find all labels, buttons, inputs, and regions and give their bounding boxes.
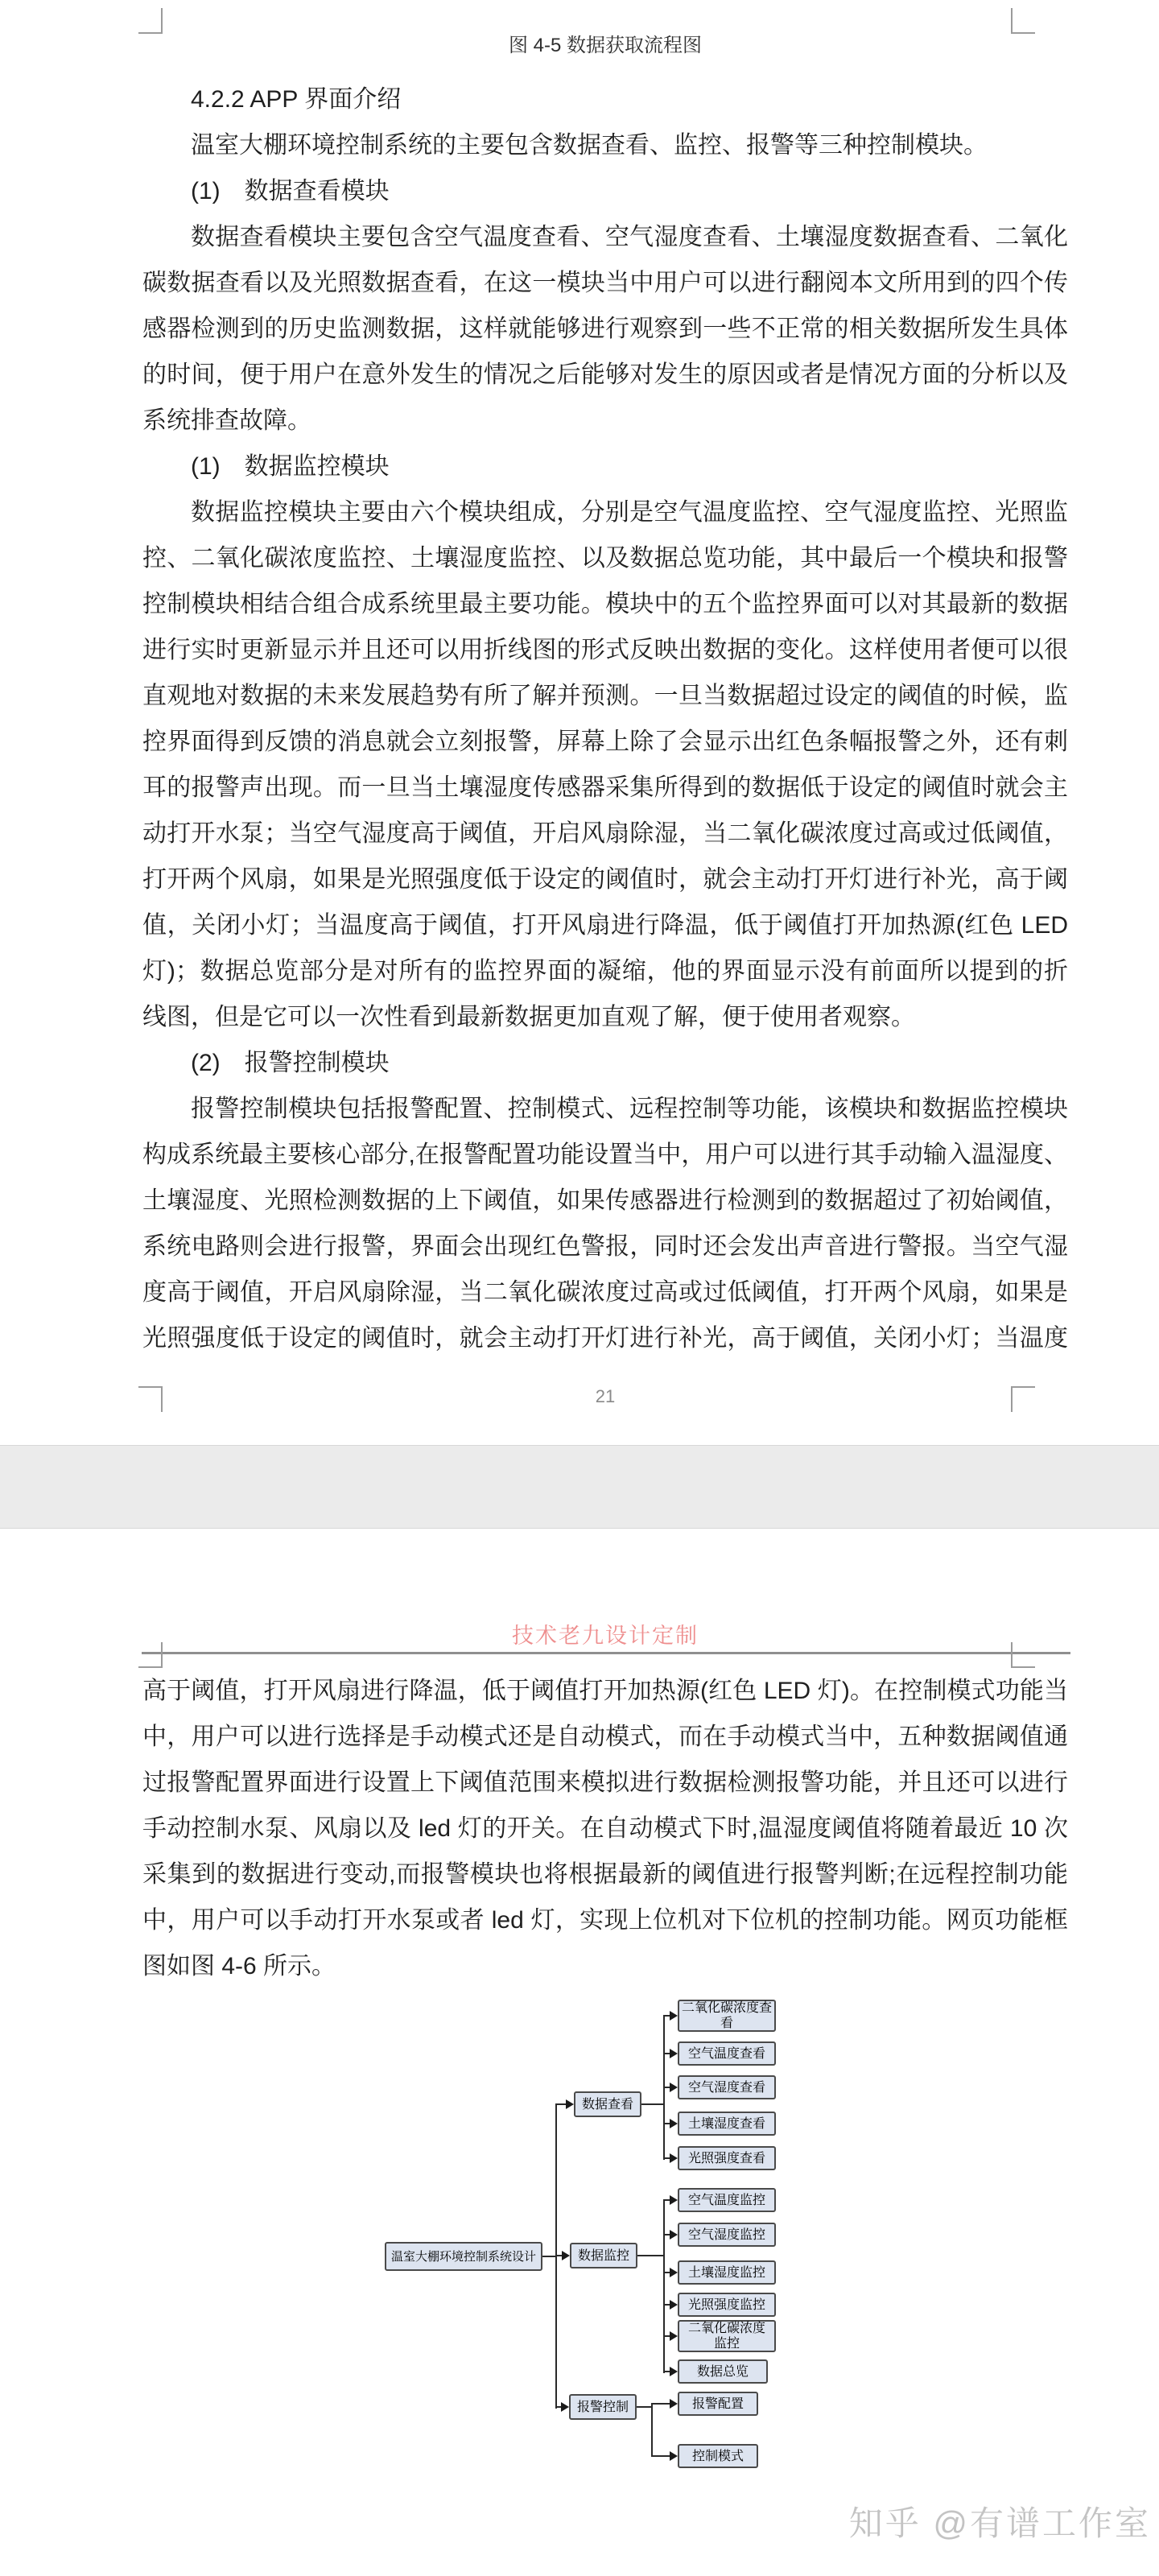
text-line: 采集到的数据进行变动,而报警模块也将根据最新的阈值进行报警判断;在远程控制功能 [142,1851,1068,1897]
arrowhead-icon [670,2153,678,2163]
connector-line [641,2103,665,2105]
text-line: 中，用户可以进行选择是手动模式还是自动模式，而在手动模式当中，五种数据阈值通 [142,1714,1068,1760]
page1-body: 4.2.2 APP 界面介绍 温室大棚环境控制系统的主要包含数据查看、监控、报警… [142,76,1068,1361]
figure-node-alarm-control: 报警控制 [569,2394,637,2420]
figure-node-data-overview: 数据总览 [678,2359,768,2384]
connector-line [637,2255,665,2256]
figure-4-6-diagram: 温室大棚环境控制系统设计 数据查看 数据监控 报警控制 二氧化碳浓度查 看 空气… [362,1988,813,2486]
header-rule [142,1652,1070,1654]
figure-node-air-humidity-view: 空气湿度查看 [678,2075,776,2099]
arrowhead-icon [670,2399,678,2409]
figure-node-light-monitor: 光照强度监控 [678,2293,776,2317]
text-line: 打开两个风扇，如果是光照强度低于设定的阈值时，就会主动打开灯进行补光，高于阈 [142,857,1068,902]
connector-line [663,2200,665,2373]
figure-node-root: 温室大棚环境控制系统设计 [385,2242,542,2271]
connector-line [555,2103,567,2105]
crop-mark-page2-top-right [1011,1642,1035,1668]
arrowhead-icon [561,2402,569,2412]
arrowhead-icon [670,2230,678,2240]
paragraph-data-monitor: 数据监控模块主要由六个模块组成，分别是空气温度监控、空气湿度监控、光照监控、二氧… [142,489,1068,1040]
text-line: 灯)；数据总览部分是对所有的监控界面的凝缩，他的界面显示没有前面所以提到的折 [142,948,1068,994]
arrowhead-icon [562,2251,570,2260]
text-line: 进行实时更新显示并且还可以用折线图的形式反映出数据的变化。这样使用者便可以很 [142,627,1068,673]
text-line: 耳的报警声出现。而一旦当土壤湿度传感器采集所得到的数据低于设定的阈值时就会主 [142,765,1068,811]
text-line: 高于阈值，打开风扇进行降温，低于阈值打开加热源(红色 LED 灯)。在控制模式功… [142,1668,1068,1714]
subsection-title-data-view: (1) 数据查看模块 [142,168,1068,214]
figure-node-soil-humidity-monitor: 土壤湿度监控 [678,2260,776,2285]
figure-node-co2-view: 二氧化碳浓度查 看 [678,2000,776,2032]
intro-paragraph: 温室大棚环境控制系统的主要包含数据查看、监控、报警等三种控制模块。 [142,122,1068,168]
text-line: 碳数据查看以及光照数据查看，在这一模块当中用户可以进行翻阅本文所用到的四个传 [142,260,1068,306]
text-line: 系统电路则会进行报警，界面会出现红色警报，同时还会发出声音进行警报。当空气湿 [142,1224,1068,1269]
section-heading-4-2-2: 4.2.2 APP 界面介绍 [142,76,1068,122]
subsection-title-data-monitor: (1) 数据监控模块 [142,444,1068,489]
text-line: 度高于阈值，开启风扇除湿，当二氧化碳浓度过高或过低阈值，打开两个风扇，如果是 [142,1269,1068,1315]
figure-node-alarm-config: 报警配置 [678,2392,758,2416]
text-line: 报警控制模块包括报警配置、控制模式、远程控制等功能，该模块和数据监控模块 [142,1086,1068,1132]
text-line: 中，用户可以手动打开水泵或者 led 灯，实现上位机对下位机的控制功能。网页功能… [142,1897,1068,1943]
zhihu-watermark: 知乎 @有谱工作室 [849,2497,1151,2545]
subsection-title-alarm-control: (2) 报警控制模块 [142,1040,1068,1086]
text-line: 光照强度低于设定的阈值时，就会主动打开灯进行补光，高于阈值，关闭小灯；当温度 [142,1315,1068,1361]
arrowhead-icon [670,2083,678,2092]
paragraph-alarm-control: 报警控制模块包括报警配置、控制模式、远程控制等功能，该模块和数据监控模块构成系统… [142,1086,1068,1361]
paragraph-data-view: 数据查看模块主要包含空气温度查看、空气湿度查看、土壤湿度数据查看、二氧化碳数据查… [142,214,1068,444]
text-line: 过报警配置界面进行设置上下阈值范围来模拟进行数据检测报警功能，并且还可以进行 [142,1760,1068,1806]
arrowhead-icon [670,2011,678,2021]
crop-mark-page2-top-left [138,1642,163,1668]
text-line: 值，关闭小灯；当温度高于阈值，打开风扇进行降温，低于阈值打开加热源(红色 LED [142,902,1068,948]
text-line: 控界面得到反馈的消息就会立刻报警，屏幕上除了会显示出红色条幅报警之外，还有刺 [142,719,1068,765]
arrowhead-icon [670,2367,678,2376]
figure-node-co2-monitor: 二氧化碳浓度 监控 [678,2320,776,2352]
paragraph-control-mode: 高于阈值，打开风扇进行降温，低于阈值打开加热源(红色 LED 灯)。在控制模式功… [142,1668,1068,1989]
arrowhead-icon [566,2099,574,2109]
text-line: 动打开水泵；当空气湿度高于阈值，开启风扇除湿，当二氧化碳浓度过高或过低阈值， [142,811,1068,857]
connector-line [637,2406,653,2408]
arrowhead-icon [670,2451,678,2461]
figure-node-air-temp-view: 空气温度查看 [678,2041,776,2066]
arrowhead-icon [670,2331,678,2341]
document-viewer: 图 4-5 数据获取流程图 4.2.2 APP 界面介绍 温室大棚环境控制系统的… [0,0,1159,2576]
arrowhead-icon [670,2049,678,2058]
figure-node-light-view: 光照强度查看 [678,2146,776,2170]
connector-line [555,2104,557,2409]
connector-line [651,2455,670,2457]
page-separator-band [0,1445,1159,1529]
text-line: 控制模块相结合组合成系统里最主要功能。模块中的五个监控界面可以对其最新的数据 [142,581,1068,627]
page-number: 21 [142,1386,1068,1407]
arrowhead-icon [670,2119,678,2128]
page2-header-watermark-text: 技术老九设计定制 [142,1618,1068,1649]
figure-node-data-monitor: 数据监控 [570,2243,637,2268]
arrowhead-icon [670,2195,678,2205]
arrowhead-icon [670,2268,678,2277]
text-line: 系统排查故障。 [142,398,1068,444]
connector-line [651,2403,670,2405]
text-line: 手动控制水泵、风扇以及 led 灯的开关。在自动模式下时,温湿度阈值将随着最近 … [142,1806,1068,1851]
text-line: 数据监控模块主要由六个模块组成，分别是空气温度监控、空气湿度监控、光照监 [142,489,1068,535]
figure-node-air-temp-monitor: 空气温度监控 [678,2188,776,2212]
figure-node-control-mode: 控制模式 [678,2444,758,2468]
text-line: 的时间，便于用户在意外发生的情况之后能够对发生的原因或者是情况方面的分析以及 [142,352,1068,398]
text-line: 构成系统最主要核心部分,在报警配置功能设置当中，用户可以进行其手动输入温湿度、 [142,1132,1068,1178]
connector-line [651,2403,653,2457]
page2-body: 高于阈值，打开风扇进行降温，低于阈值打开加热源(红色 LED 灯)。在控制模式功… [142,1668,1068,1989]
figure-node-data-view: 数据查看 [574,2091,641,2117]
figure-node-air-humidity-monitor: 空气湿度监控 [678,2223,776,2247]
text-line: 直观地对数据的未来发展趋势有所了解并预测。一旦当数据超过设定的阈值的时候，监 [142,673,1068,719]
text-line: 线图，但是它可以一次性看到最新数据更加直观了解，便于使用者观察。 [142,994,1068,1040]
text-line: 控、二氧化碳浓度监控、土壤湿度监控、以及数据总览功能，其中最后一个模块和报警 [142,535,1068,581]
text-line: 图如图 4-6 所示。 [142,1943,1068,1989]
text-line: 土壤湿度、光照检测数据的上下阈值，如果传感器进行检测到的数据超过了初始阈值， [142,1178,1068,1224]
figure-node-soil-humidity-view: 土壤湿度查看 [678,2112,776,2136]
text-line: 数据查看模块主要包含空气温度查看、空气湿度查看、土壤湿度数据查看、二氧化 [142,214,1068,260]
arrowhead-icon [670,2300,678,2310]
text-line: 感器检测到的历史监测数据，这样就能够进行观察到一些不正常的相关数据所发生具体 [142,306,1068,352]
figure-4-5-caption: 图 4-5 数据获取流程图 [142,29,1068,57]
